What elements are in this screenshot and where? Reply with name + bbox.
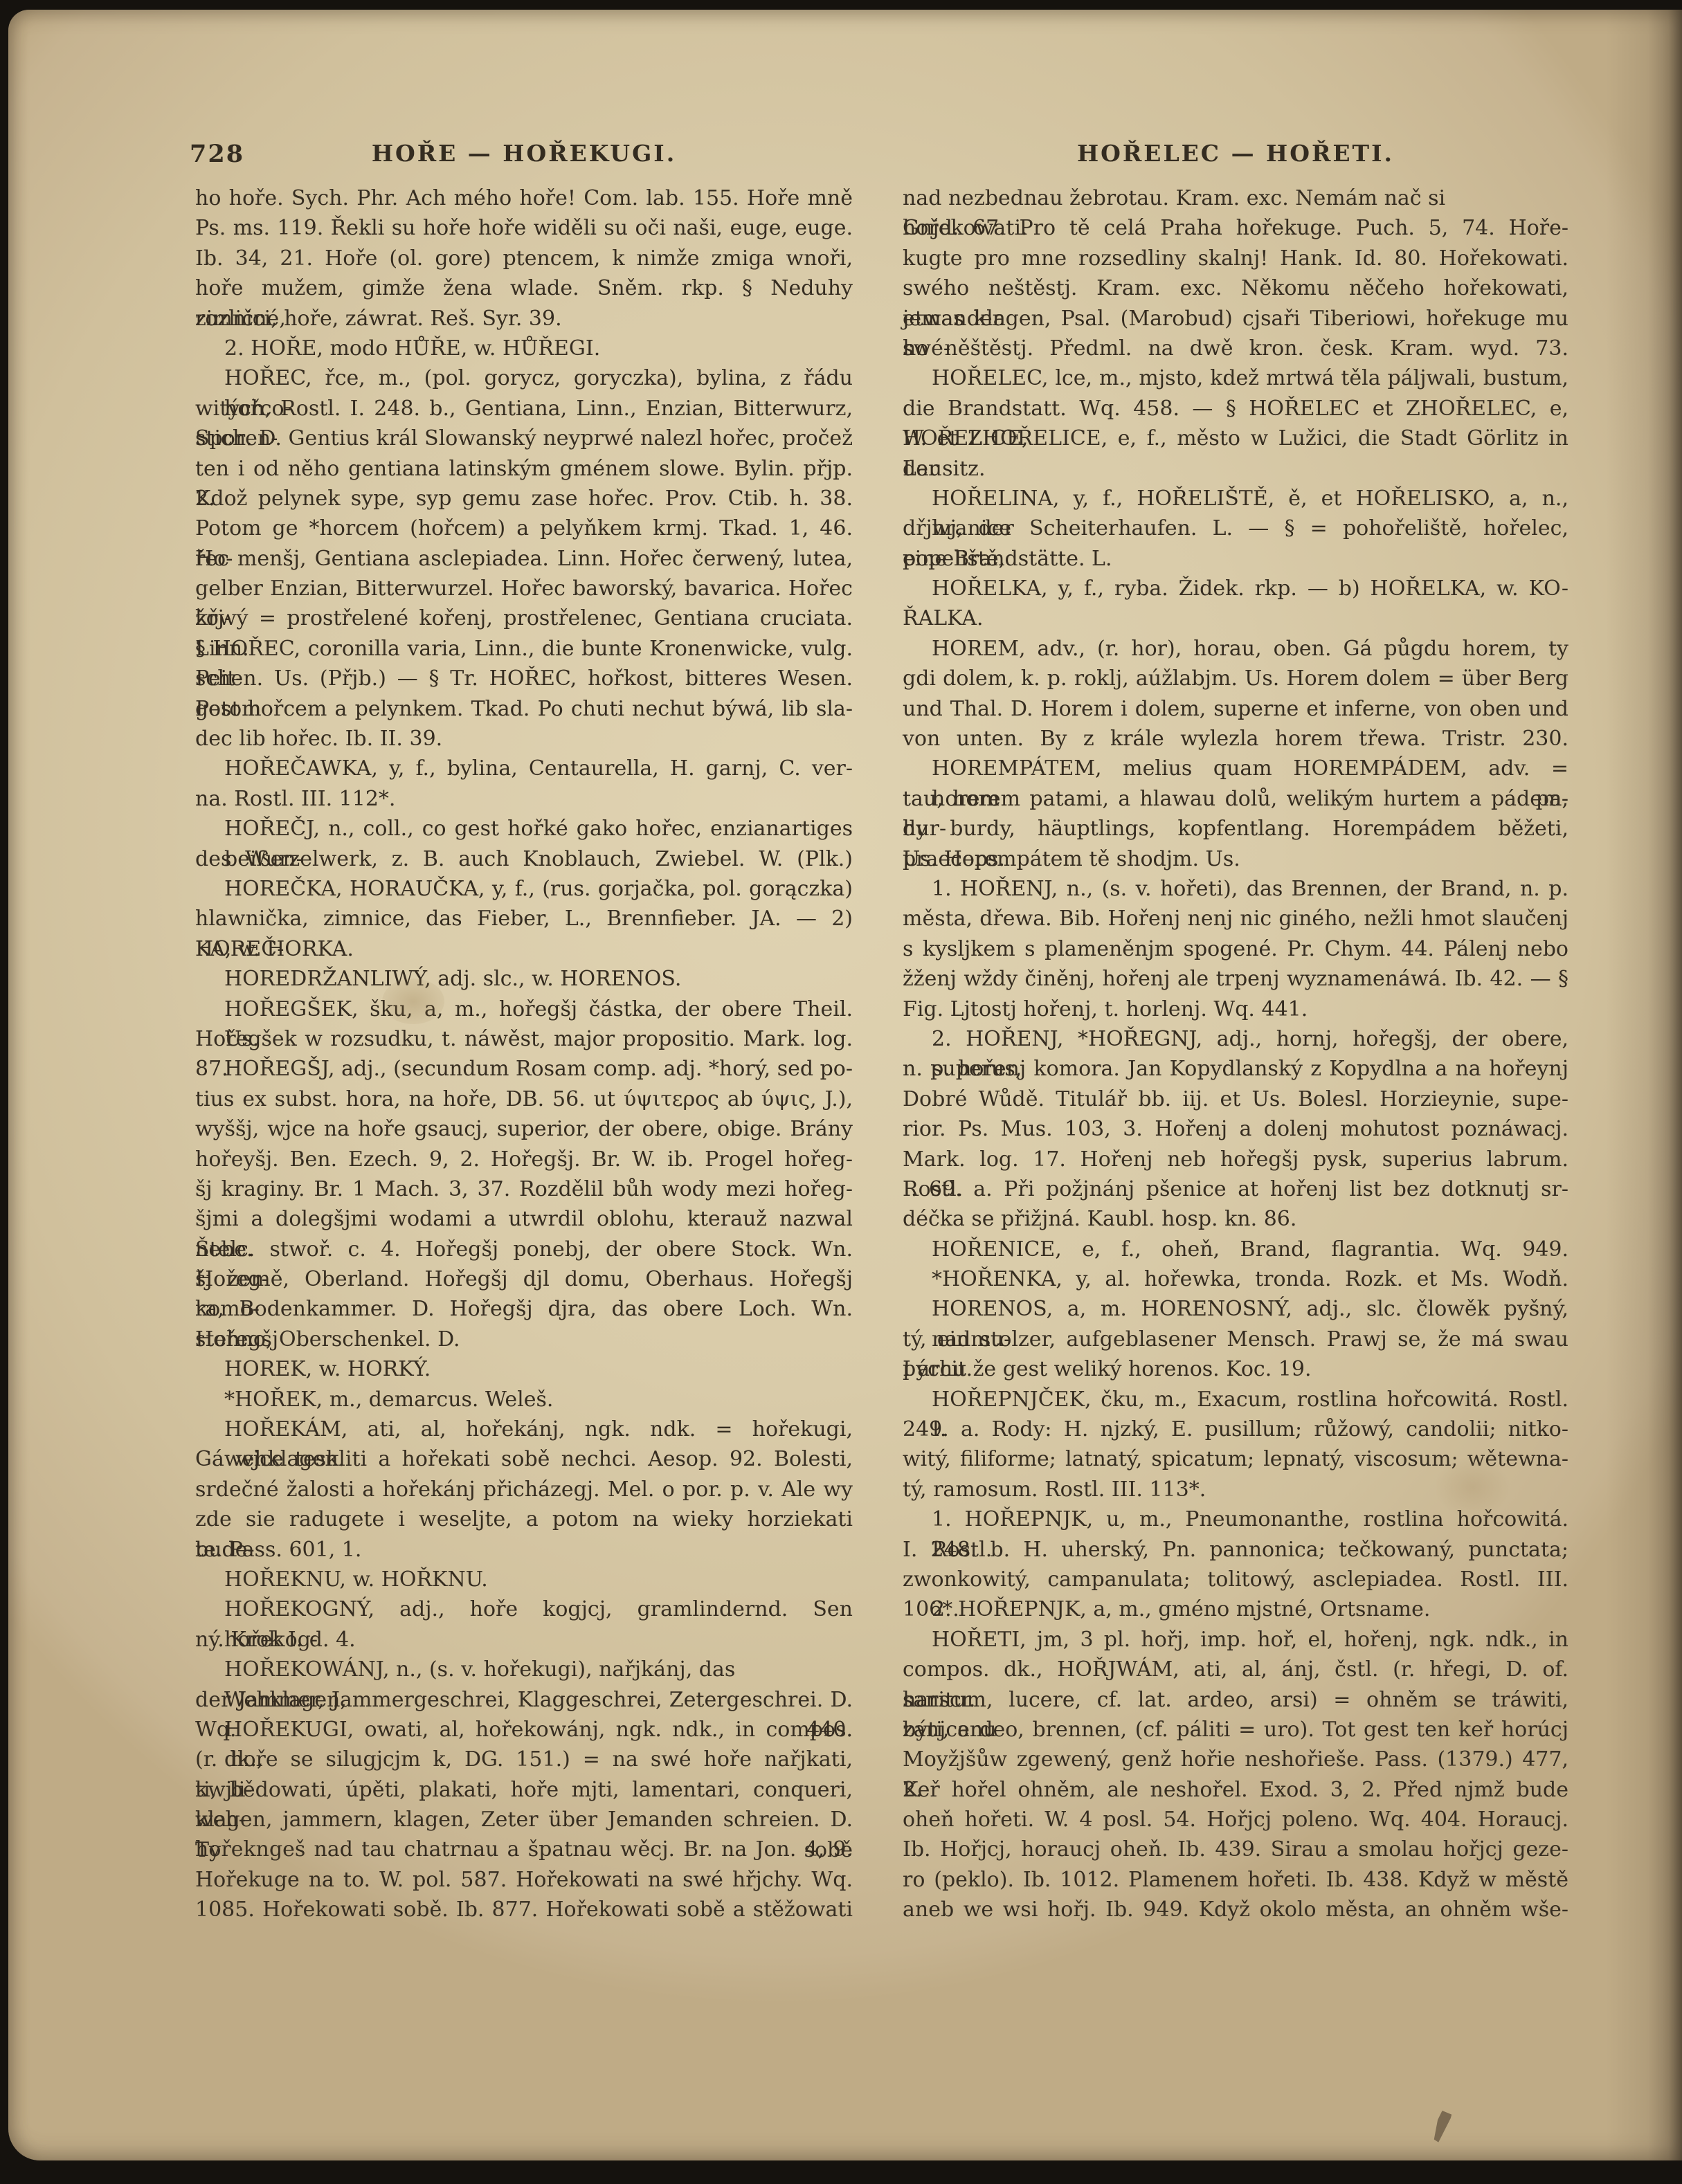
text-line: na. Rostl. III. 112*. [195,784,853,814]
text-line: srdečné žalosti a hořekánj přicházegj. M… [195,1475,853,1504]
text-line: Dobré Wůdě. Titulář bb. iij. et Us. Bole… [903,1084,1568,1114]
text-line: býti, ardeo, brennen, (cf. páliti = uro)… [903,1715,1568,1745]
text-line: stich. D. Gentius král Slowanský neyprwé… [195,424,853,453]
text-line: I. 248. b. H. uherský, Pn. pannonica; te… [903,1535,1568,1565]
text-line: ŘALKA. [903,603,1568,633]
text-line: HOŘEKÁM, ati, al, hořekánj, ngk. ndk. = … [195,1414,853,1444]
running-title-right: HOŘELEC — HOŘETI. [903,140,1568,167]
text-line: nad nezbednau žebrotau. Kram. exc. Nemám… [903,183,1568,213]
book-spine-shadow [1606,10,1682,2160]
text-line: HOŘEČJ, n., coll., co gest hořké gako ho… [195,814,853,844]
text-line: déčka se přižjná. Kaubl. hosp. kn. 86. [903,1204,1568,1234]
text-line: HOŘEKOWÁNJ, n., (s. v. hořekugi), nařjká… [195,1655,853,1684]
text-line: 1. HOŘENJ, n., (s. v. hořeti), das Brenn… [903,874,1568,904]
running-title-left: HOŘE — HOŘEKUGI. [195,140,853,167]
text-line: HOŘEKOGNÝ, adj., hoře kogjcj, gramlinder… [195,1594,853,1624]
text-line: I. 69. a. Při požjnánj pšenice at hořenj… [903,1174,1568,1204]
pen-ink-mark [1430,2110,1452,2143]
text-line: Ib. 34, 21. Hoře (ol. gore) ptencem, k n… [195,244,853,273]
paper-sheet: 728 HOŘE — HOŘEKUGI. HOŘELEC — HOŘETI. h… [8,10,1682,2160]
text-line: stehno, Oberschenkel. D. [195,1325,853,1354]
text-line: gdi dolem, k. p. roklj, aúžlabjm. Us. Ho… [903,664,1568,693]
text-line: HORENOS, a, m. HORENOSNÝ, adj., slc. člo… [903,1294,1568,1324]
text-line: hlawnička, zimnice, das Fieber, L., Bren… [195,904,853,934]
text-line: ti, bědowati, úpěti, plakati, hoře mjti,… [195,1775,853,1805]
text-line: des Wurzelwerk, z. B. auch Knoblauch, Zw… [195,844,853,874]
text-line: zde sie radugete i weseljte, a potom na … [195,1504,853,1534]
text-line: HOŘEC, řce, m., (pol. gorycz, goryczka),… [195,363,853,393]
text-line: 1. HOŘEPNJK, u, m., Pneumonanthe, rostli… [903,1504,1568,1534]
text-line: HOREK, w. HORKÝ. [195,1354,853,1384]
text-line: Us. Horempátem tě shodjm. Us. [903,844,1568,874]
text-line: ro (peklo). Ib. 1012. Plamenem hořeti. I… [903,1865,1568,1895]
text-line: § HOŘEC, coronilla varia, Linn., die bun… [195,634,853,664]
text-line: etwas klagen, Psal. (Marobud) cjsaři Tib… [903,304,1568,334]
text-column-left: ho hoře. Sych. Phr. Ach mého hoře! Com. … [195,183,853,1925]
text-line: ho hoře. Sych. Phr. Ach mého hoře! Com. … [195,183,853,213]
text-line: Moyžjšůw zgewený, genž hořie neshořieše.… [903,1745,1568,1774]
text-line: HOŘEPNJČEK, čku, m., Exacum, rostlina ho… [903,1385,1568,1414]
text-line: wyššj, wjce na hoře gsaucj, superior, de… [195,1114,853,1144]
text-line: HOŘEČAWKA, y, f., bylina, Centaurella, H… [195,754,853,783]
text-line: 2. HOŘE, modo HŮŘE, w. HŮŘEGI. [195,334,853,363]
text-line: HOŘELEC, lce, m., mjsto, kdež mrtwá těla… [903,363,1568,393]
text-line: Gnjd. 67. Pro tě celá Praha hořekuge. Pu… [903,213,1568,243]
text-line: hořeyšj. Ben. Ezech. 9, 2. Hořegšj. Br. … [195,1145,853,1174]
text-line: hoře mužem, gimže žena wlade. Sněm. rkp.… [195,273,853,303]
text-line: řec menšj, Gentiana asclepiadea. Linn. H… [195,544,853,574]
text-line: W. et ZHOŘELICE, e, f., město w Lužici, … [903,424,1568,453]
text-line: zimnici, hoře, záwrat. Reš. Syr. 39. [195,304,853,334]
text-line: HOŘETI, jm, 3 pl. hořj, imp. hoř, el, ho… [903,1625,1568,1655]
text-line: ho něštěstj. Předml. na dwě kron. česk. … [903,334,1568,363]
text-column-right: nad nezbednau žebrotau. Kram. exc. Nemám… [903,183,1568,1925]
text-line: HOŘEGŠEK, šku, a, m., hořegšj částka, de… [195,994,853,1024]
text-line: dřjwj, der Scheiterhaufen. L. — § = poho… [903,513,1568,543]
text-line: ný. Krok I. d. 4. [195,1625,853,1655]
text-line: dy burdy, häuptlings, kopfentlang. Horem… [903,814,1568,844]
text-line: schen. Us. (Přjb.) — § Tr. HOŘEC, hořkos… [195,664,853,693]
text-line: tau, horem patami, a hlawau dolů, weliký… [903,784,1568,814]
scanned-dictionary-page: { "header": { "page_number": "728", "lef… [0,0,1682,2184]
text-line: der Jammer, Jammergeschrei, Klaggeschrei… [195,1685,853,1715]
text-line: *HOŘEK, m., demarcus. Weleš. [195,1385,853,1414]
text-line: haritum, lucere, cf. lat. ardeo, arsi) =… [903,1685,1568,1715]
text-line: ten i od něho gentiana latinským gménem … [195,454,853,484]
text-line: eine Brandstätte. L. [903,544,1568,574]
text-line: Potom ge *horcem (hořcem) a pelyňkem krm… [195,513,853,543]
text-line: (r. hoře se silugjcjm k, DG. 151.) = na … [195,1745,853,1774]
text-line: hořekngeš nad tau chatrnau a špatnau wěc… [195,1835,853,1864]
text-line: die Brandstatt. Wq. 458. — § HOŘELEC et … [903,394,1568,424]
text-line: klagen, jammern, klagen, Zeter über Jema… [195,1805,853,1835]
text-line: tý, ramosum. Rostl. III. 113*. [903,1475,1568,1504]
text-line: aneb we wsi hořj. Ib. 949. Když okolo mě… [903,1895,1568,1924]
text-line: 2. HOŘENJ, *HOŘEGNJ, adj., hornj, hořegš… [903,1024,1568,1054]
text-line: šj kraginy. Br. 1 Mach. 3, 37. Rozdělil … [195,1174,853,1204]
text-line: Kdož pelynek sype, syp gemu zase hořec. … [195,484,853,513]
text-line: gelber Enzian, Bitterwurzel. Hořec bawor… [195,574,853,603]
text-line: tý, ein stolzer, aufgeblasener Mensch. P… [903,1325,1568,1354]
text-line: města, dřewa. Bib. Hořenj nenj nic ginéh… [903,904,1568,934]
text-line: witých, Rostl. I. 248. b., Gentiana, Lin… [195,394,853,424]
text-line: Keř hořel ohněm, ale neshořel. Exod. 3, … [903,1775,1568,1805]
text-line: Fig. Ljtostj hořenj, t. horlenj. Wq. 441… [903,994,1568,1024]
text-line: HOŘEKUGI, owati, al, hořekowánj, ngk. nd… [195,1715,853,1745]
text-line: Gá wjce teskliti a hořekati sobě nechci.… [195,1444,853,1474]
text-line: HOŘEKNU, w. HOŘKNU. [195,1565,853,1594]
text-line: HOREMPÁTEM, melius quam HOREMPÁDEM, adv.… [903,754,1568,783]
text-line: 1085. Hořekowati sobě. Ib. 877. Hořekowa… [195,1895,853,1924]
text-line: rior. Ps. Mus. 103, 3. Hořenj a dolenj m… [903,1114,1568,1144]
text-line: und Thal. D. Horem i dolem, superne et i… [903,694,1568,724]
text-line: Štelc. stwoř. c. 4. Hořegšj ponebj, der … [195,1235,853,1264]
text-line: Ps. ms. 119. Řekli su hoře hoře widěli s… [195,213,853,243]
text-line: HOREM, adv., (r. hor), horau, oben. Gá p… [903,634,1568,664]
text-line: HOŘEGŠJ, adj., (secundum Rosam comp. adj… [195,1054,853,1084]
text-line: n. p. hořenj komora. Jan Kopydlanský z K… [903,1054,1568,1084]
text-line: witý, filiforme; latnatý, spicatum; lepn… [903,1444,1568,1474]
text-line: HOŘELKA, y, f., ryba. Židek. rkp. — b) H… [903,574,1568,603]
text-line: HOŘENICE, e, f., oheň, Brand, flagrantia… [903,1235,1568,1264]
text-line: Ib. Hořjcj, horaucj oheň. Ib. 439. Sirau… [903,1835,1568,1864]
text-line: šj země, Oberland. Hořegšj djl domu, Obe… [195,1264,853,1294]
text-line: zwonkowitý, campanulata; tolitowý, ascle… [903,1565,1568,1594]
text-line: Lausitz. [903,454,1568,484]
text-line: s kysljkem s plameněnjm spogené. Pr. Chy… [903,934,1568,964]
text-line: ra, Bodenkammer. D. Hořegšj djra, das ob… [195,1294,853,1324]
text-line: HOŘELINA, y, f., HOŘELIŠTĚ, ě, et HOŘELI… [903,484,1568,513]
text-line: šjmi a dolegšjmi wodami a utwrdil oblohu… [195,1204,853,1234]
text-line: žženj wždy činěnj, hořenj ale trpenj wyz… [903,964,1568,994]
text-line: gest hořcem a pelynkem. Tkad. Po chuti n… [195,694,853,724]
text-line: 249. a. Rody: H. njzký, E. pusillum; růž… [903,1414,1568,1444]
text-line: I arcit že gest weliký horenos. Koc. 19. [903,1354,1568,1384]
text-line: 2. HOŘEPNJK, a, m., gméno mjstné, Ortsna… [903,1594,1568,1624]
text-line: *HOŘENKA, y, al. hořewka, tronda. Rozk. … [903,1264,1568,1294]
text-line: Mark. log. 17. Hořenj neb hořegšj pysk, … [903,1145,1568,1174]
text-line: swého neštěstj. Kram. exc. Někomu něčeho… [903,273,1568,303]
text-line: dec lib hořec. Ib. II. 39. [195,724,853,754]
text-line: te. Pass. 601, 1. [195,1535,853,1565]
text-line: KA, w. HORKA. [195,934,853,964]
text-line: oheň hořeti. W. 4 posl. 54. Hořjcj polen… [903,1805,1568,1835]
text-line: HOREČKA, HORAUČKA, y, f., (rus. gorjačka… [195,874,853,904]
text-line: tius ex subst. hora, na hoře, DB. 56. ut… [195,1084,853,1114]
text-line: compos. dk., HOŘJWÁM, ati, al, ánj, čstl… [903,1655,1568,1684]
text-line: kugte pro mne rozsedliny skalnj! Hank. I… [903,244,1568,273]
text-line: Hořegšek w rozsudku, t. náwěst, major pr… [195,1024,853,1054]
text-line: HOREDRŽANLIWÝ, adj. slc., w. HORENOS. [195,964,853,994]
text-line: von unten. By z krále wylezla horem třew… [903,724,1568,754]
text-line: Hořekuge na to. W. pol. 587. Hořekowati … [195,1865,853,1895]
text-line: žowý = prostřelené kořenj, prostřelenec,… [195,603,853,633]
